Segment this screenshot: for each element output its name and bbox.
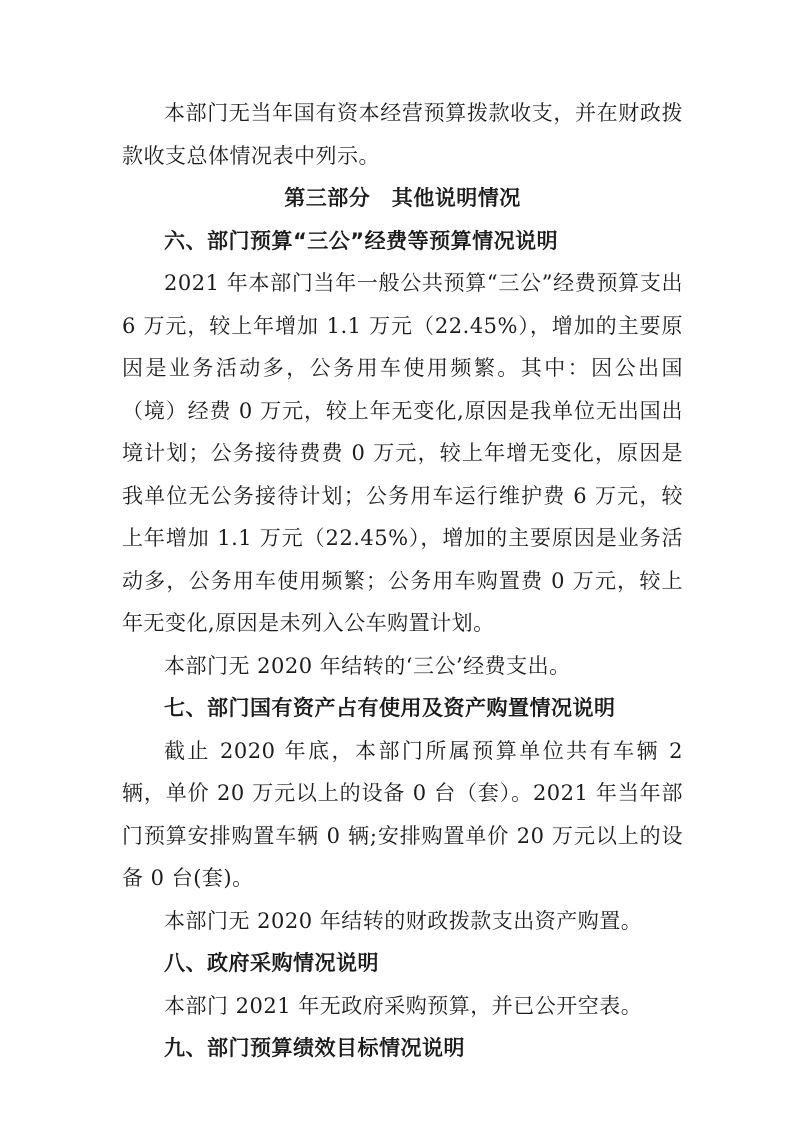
- document-page: 本部门无当年国有资本经营预算拨款收支，并在财政拨款收支总体情况表中列示。 第三部…: [0, 0, 793, 1122]
- paragraph-no-carryover-three-public: 本部门无 2020 年结转的‘三公’经费支出。: [122, 645, 683, 688]
- paragraph-three-public-expenses-detail: 2021 年本部门当年一般公共预算“三公”经费预算支出 6 万元，较上年增加 1…: [122, 262, 683, 645]
- section-heading-seven-state-assets: 七、部门国有资产占有使用及资产购置情况说明: [122, 687, 683, 730]
- chapter-heading-part-three: 第三部分 其他说明情况: [122, 177, 683, 220]
- paragraph-state-assets-detail: 截止 2020 年底，本部门所属预算单位共有车辆 2 辆，单价 20 万元以上的…: [122, 730, 683, 900]
- section-heading-nine-performance-targets: 九、部门预算绩效目标情况说明: [122, 1027, 683, 1070]
- paragraph-state-capital-budget-note: 本部门无当年国有资本经营预算拨款收支，并在财政拨款收支总体情况表中列示。: [122, 92, 683, 177]
- section-heading-eight-government-procurement: 八、政府采购情况说明: [122, 942, 683, 985]
- paragraph-government-procurement-note: 本部门 2021 年无政府采购预算，并已公开空表。: [122, 985, 683, 1028]
- paragraph-no-carryover-asset-purchase: 本部门无 2020 年结转的财政拨款支出资产购置。: [122, 900, 683, 943]
- section-heading-six-three-public-expenses: 六、部门预算“三公”经费等预算情况说明: [122, 220, 683, 263]
